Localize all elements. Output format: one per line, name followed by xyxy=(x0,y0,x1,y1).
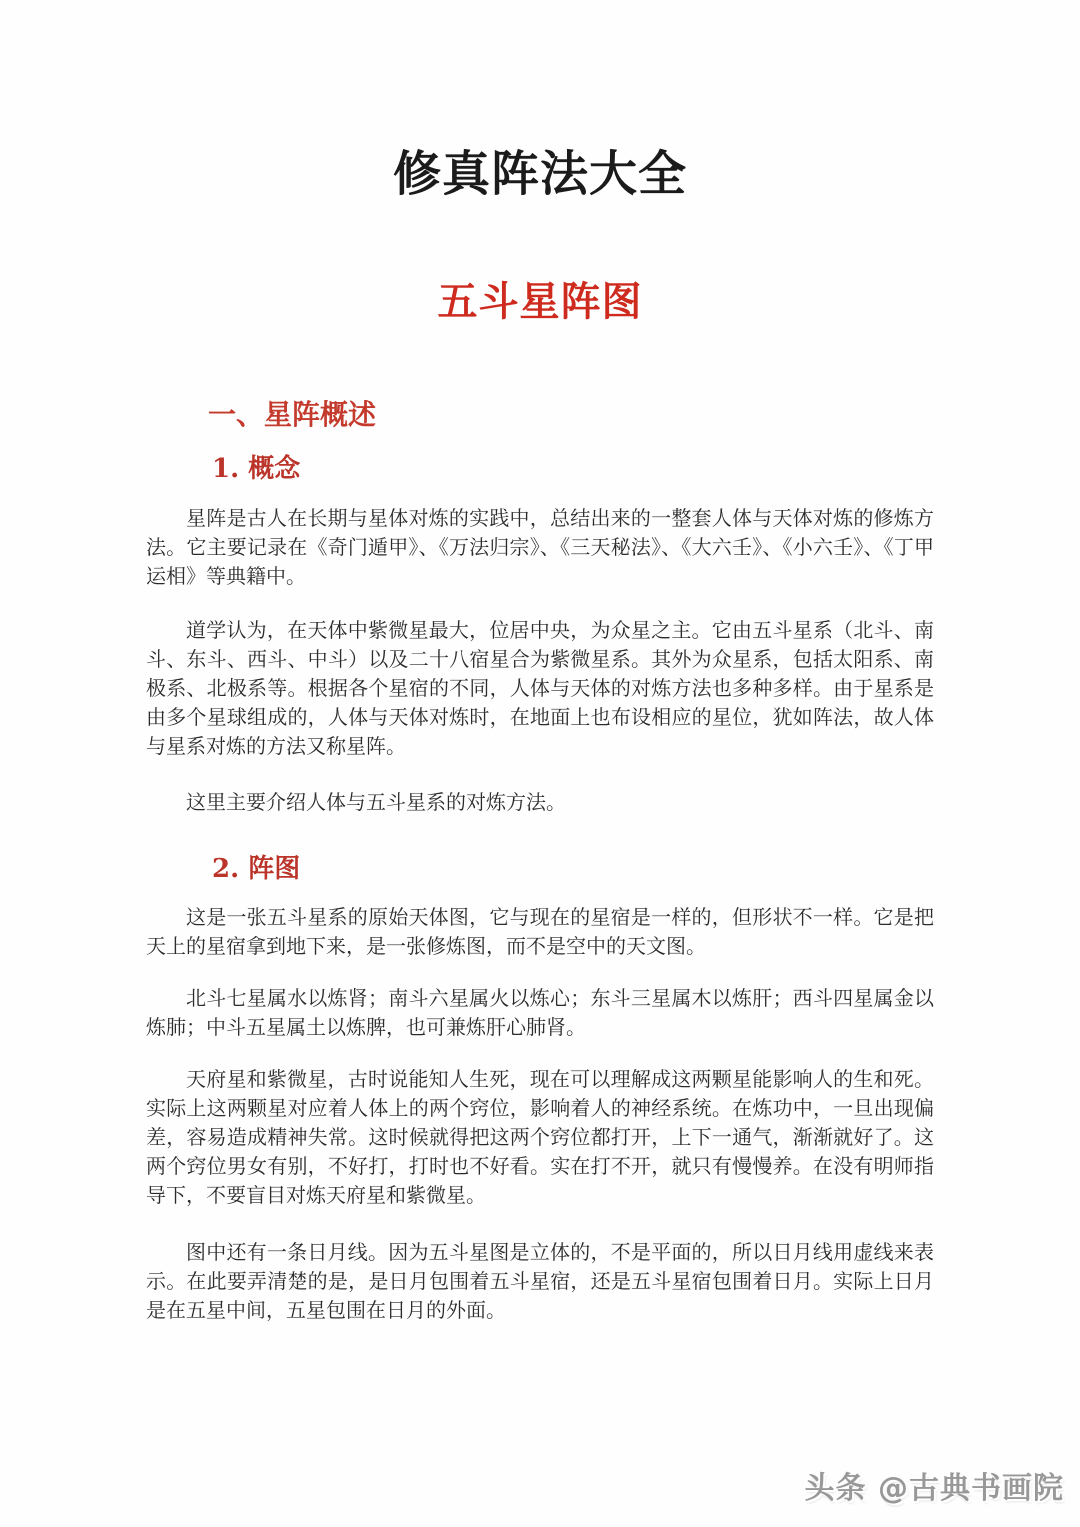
paragraph-diagram-1: 这是一张五斗星系的原始天体图，它与现在的星宿是一样的，但形状不一样。它是把天上的… xyxy=(146,903,934,961)
document-content: 修真阵法大全 五斗星阵图 一、星阵概述 1. 概念 星阵是古人在长期与星体对炼的… xyxy=(0,146,1080,1325)
paragraph-diagram-3: 天府星和紫微星，古时说能知人生死，现在可以理解成这两颗星能影响人的生和死。实际上… xyxy=(146,1065,934,1210)
document-title: 修真阵法大全 xyxy=(146,146,934,203)
paragraph-diagram-4: 图中还有一条日月线。因为五斗星图是立体的，不是平面的，所以日月线用虚线来表示。在… xyxy=(146,1238,934,1325)
subsection-heading-diagram: 2. 阵图 xyxy=(146,855,934,883)
document-subtitle: 五斗星阵图 xyxy=(146,282,934,322)
paragraph-concept-2: 道学认为，在天体中紫微星最大，位居中央，为众星之主。它由五斗星系（北斗、南斗、东… xyxy=(146,616,934,761)
paragraph-concept-1: 星阵是古人在长期与星体对炼的实践中，总结出来的一整套人体与天体对炼的修炼方法。它… xyxy=(146,504,934,591)
paragraph-diagram-2: 北斗七星属水以炼肾；南斗六星属火以炼心；东斗三星属木以炼肝；西斗四星属金以炼肺；… xyxy=(146,984,934,1042)
subsection-heading-concept: 1. 概念 xyxy=(146,455,934,483)
document-page: 修真阵法大全 五斗星阵图 一、星阵概述 1. 概念 星阵是古人在长期与星体对炼的… xyxy=(0,0,1080,1527)
section-heading-overview: 一、星阵概述 xyxy=(146,400,934,429)
paragraph-concept-3: 这里主要介绍人体与五斗星系的对炼方法。 xyxy=(146,788,934,817)
toutiao-watermark: 头条 @古典书画院 xyxy=(805,1463,1064,1507)
